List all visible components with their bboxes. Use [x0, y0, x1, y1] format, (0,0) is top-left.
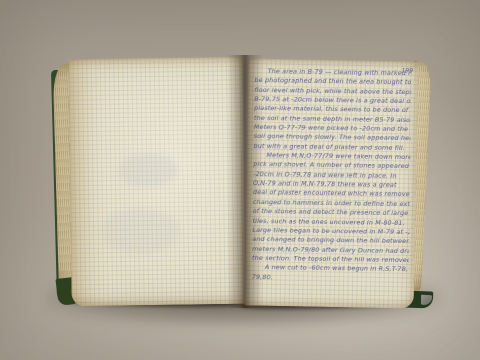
notebook-photo: 199 The area in B-79 — cleaning with mar… [0, 0, 480, 360]
handwriting-lines: The area in B-79 — cleaning with marked … [252, 67, 412, 284]
right-page: 199 The area in B-79 — cleaning with mar… [244, 58, 419, 308]
left-page [68, 57, 245, 306]
